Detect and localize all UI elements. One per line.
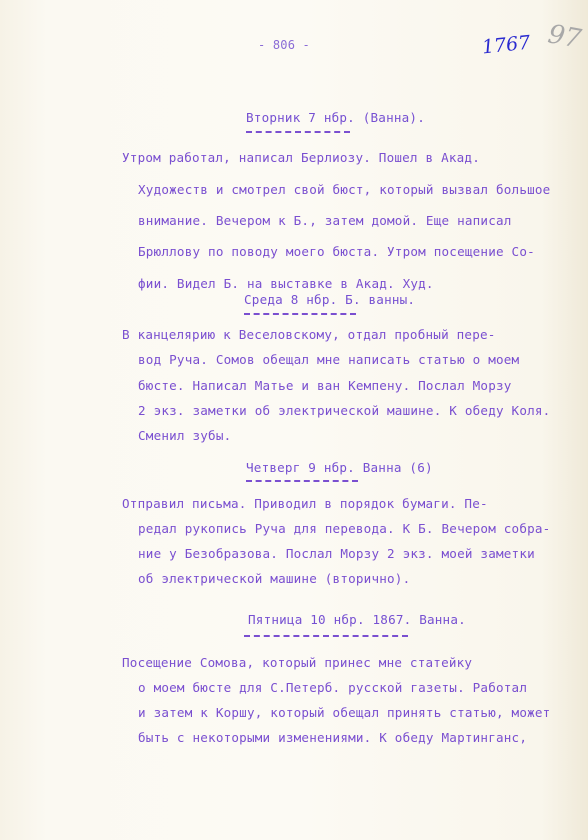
entry-line: Отправил письма. Приводил в порядок бума…: [122, 496, 488, 511]
entry-line: Сменил зубы.: [138, 428, 231, 443]
entry-line: Брюллову по поводу моего бюста. Утром по…: [138, 244, 535, 259]
entry-line: 2 экз. заметки об электрической машине. …: [138, 403, 550, 418]
entry-line: ние у Безобразова. Послал Морзу 2 экз. м…: [138, 546, 535, 561]
heading-underline: [244, 313, 356, 315]
entry-line: Посещение Сомова, который принес мне ста…: [122, 655, 472, 670]
document-page: - 806 - 1767 97 Вторник 7 нбр. (Ванна). …: [0, 0, 588, 840]
heading-underline: [246, 480, 358, 482]
entry-heading: Четверг 9 нбр. Ванна (6): [246, 460, 433, 475]
entry-line: Художеств и смотрел свой бюст, который в…: [138, 182, 550, 197]
entry-line: вод Руча. Сомов обещал мне написать стат…: [138, 352, 519, 367]
entry-heading: Пятница 10 нбр. 1867. Ванна.: [248, 612, 466, 627]
entry-heading: Среда 8 нбр. Б. ванны.: [244, 292, 415, 307]
entry-line: внимание. Вечером к Б., затем домой. Еще…: [138, 213, 512, 228]
entry-line: В канцелярию к Веселовскому, отдал пробн…: [122, 327, 496, 342]
entry-line: фии. Видел Б. на выставке в Акад. Худ.: [138, 276, 434, 291]
entry-line: Утром работал, написал Берлиозу. Пошел в…: [122, 150, 480, 165]
heading-underline: [244, 635, 408, 637]
heading-underline: [246, 131, 350, 133]
handwritten-archive-number: 1767: [481, 32, 531, 59]
pencil-mark: 97: [546, 19, 584, 54]
entry-line: о моем бюсте для С.Петерб. русской газет…: [138, 680, 527, 695]
entry-line: и затем к Коршу, который обещал принять …: [138, 705, 550, 720]
entry-line: быть с некоторыми изменениями. К обеду М…: [138, 730, 527, 745]
entry-line: бюсте. Написал Матье и ван Кемпену. Посл…: [138, 378, 512, 393]
entry-line: об электрической машине (вторично).: [138, 571, 410, 586]
entry-line: редал рукопись Руча для перевода. К Б. В…: [138, 521, 550, 536]
entry-heading: Вторник 7 нбр. (Ванна).: [246, 110, 425, 125]
page-number: - 806 -: [258, 38, 310, 52]
